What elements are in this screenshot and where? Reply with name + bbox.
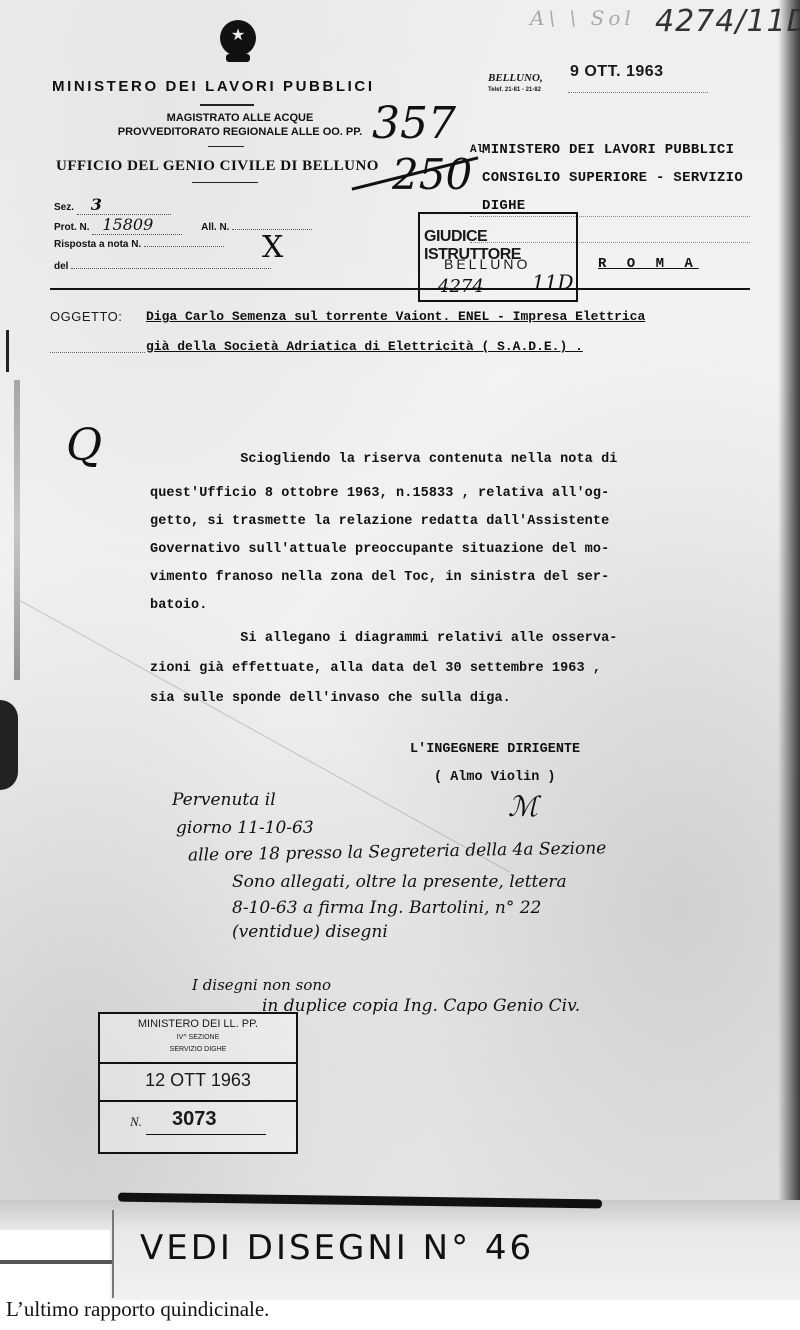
stamp-min-line3: SERVIZIO DIGHE (100, 1046, 296, 1053)
stamp-min-line2: IV^ SEZIONE (100, 1034, 296, 1041)
handwritten-note: alle ore 18 presso la Segreteria della 4… (188, 838, 607, 865)
body-line: sia sulle sponde dell'invaso che sulla d… (150, 691, 511, 706)
side-mark (6, 330, 9, 372)
body-line: batoio. (150, 598, 207, 613)
stamp-min-date: 12 OTT 1963 (100, 1070, 296, 1091)
date-line (568, 92, 708, 93)
letterhead-rule (200, 104, 254, 106)
figure-caption: L’ultimo rapporto quindicinale. (6, 1297, 269, 1322)
paper-gap (0, 1230, 110, 1300)
sez-label: Sez. (54, 202, 74, 213)
handwritten-note: giorno 11-10-63 (176, 818, 314, 838)
torn-edge (0, 700, 18, 790)
letterhead-rule (192, 182, 258, 183)
del-label: del (54, 261, 68, 272)
stamp-separator (100, 1100, 296, 1102)
body-line: quest'Ufficio 8 ottobre 1963, n.15833 , … (150, 486, 609, 501)
body-line: vimento franoso nella zona del Toc, in s… (150, 570, 609, 585)
stamp-min-n-value: 3073 (172, 1108, 217, 1131)
prot-value: 15809 (92, 215, 182, 235)
body-line: Sciogliendo la riserva contenuta nella n… (150, 452, 617, 467)
risposta-line (144, 246, 224, 247)
stamp-min-n-label: N. (130, 1114, 142, 1130)
italian-republic-emblem-icon: ★ (218, 20, 258, 64)
stamp-gi-suffix: 11D (532, 270, 573, 294)
field-del: del (54, 261, 271, 272)
body-line: Si allegano i diagrammi relativi alle os… (150, 631, 617, 646)
field-risposta: Risposta a nota N. (54, 239, 224, 250)
recipient-city: R O M A (598, 256, 699, 272)
header-separator (50, 288, 750, 290)
del-value (71, 268, 271, 269)
letterhead-rule (208, 146, 244, 147)
stamp-n-line (146, 1134, 266, 1135)
signature: ℳ (508, 790, 538, 823)
side-vertical-text (14, 380, 20, 680)
letterhead-office: UFFICIO DEL GENIO CIVILE DI BELLUNO (56, 158, 379, 175)
risposta-label: Risposta a nota N. (54, 239, 141, 250)
archive-reference: 4274/11D (655, 4, 800, 39)
stamp-gi-number: 4274 (438, 276, 484, 297)
bottom-note: VEDI DISEGNI N° 46 (140, 1228, 534, 1268)
handwritten-note: Pervenuta il (172, 790, 276, 810)
letterhead-ministry: MINISTERO DEI LAVORI PUBBLICI (52, 78, 375, 95)
body-line: getto, si trasmette la relazione redatta… (150, 514, 609, 529)
page-edge-shadow (778, 0, 800, 1300)
place: BELLUNO, (488, 72, 543, 84)
handwritten-note: Sono allegati, oltre la presente, letter… (232, 872, 567, 892)
cross-mark: X (262, 230, 283, 265)
margin-initial: Q (66, 420, 102, 471)
stamp-min-line1: MINISTERO DEI LL. PP. (100, 1018, 296, 1030)
sez-value: 3 (77, 195, 171, 215)
oggetto-line: Diga Carlo Semenza sul torrente Vaiont. … (146, 309, 645, 324)
field-sez: Sez. 3 (54, 195, 171, 215)
edge-line (0, 1260, 112, 1264)
handwritten-note: in duplice copia Ing. Capo Genio Civ. (262, 996, 580, 1016)
oggetto-dotline (50, 352, 145, 353)
scanned-document: A\ \ Sol 4274/11D ★ MINISTERO DEI LAVORI… (0, 0, 800, 1300)
oggetto-line: già della Società Adriatica di Elettrici… (146, 339, 583, 354)
stamp-separator (100, 1062, 296, 1064)
prot-label: Prot. N. (54, 222, 90, 233)
handwritten-number: 357 (372, 98, 456, 149)
date-stamp: 9 OTT. 1963 (570, 63, 664, 81)
edge-line (112, 1210, 114, 1298)
archive-reference-faint: A\ \ Sol (530, 6, 635, 30)
handwritten-note: (ventidue) disegni (232, 922, 388, 942)
telephone: Telef. 21-81 - 21-82 (488, 87, 541, 93)
recipient-line: MINISTERO DEI LAVORI PUBBLICI (482, 142, 734, 158)
handwritten-note: I disegni non sono (192, 976, 331, 994)
body-line: Governativo sull'attuale preoccupante si… (150, 542, 609, 557)
stamp-gi-line2: BELLUNO (444, 256, 530, 272)
oggetto-label: OGGETTO: (50, 309, 122, 324)
body-line: zioni già effettuate, alla data del 30 s… (150, 661, 601, 676)
all-label: All. N. (201, 222, 229, 233)
recipient-line: CONSIGLIO SUPERIORE - SERVIZIO (482, 170, 743, 186)
signature-title: L'INGEGNERE DIRIGENTE (410, 742, 580, 757)
stamp-ministero-servizio-dighe: MINISTERO DEI LL. PP. IV^ SEZIONE SERVIZ… (98, 1012, 298, 1154)
handwritten-note: 8-10-63 a firma Ing. Bartolini, n° 22 (232, 898, 541, 918)
signature-name: ( Almo Violin ) (434, 770, 556, 785)
